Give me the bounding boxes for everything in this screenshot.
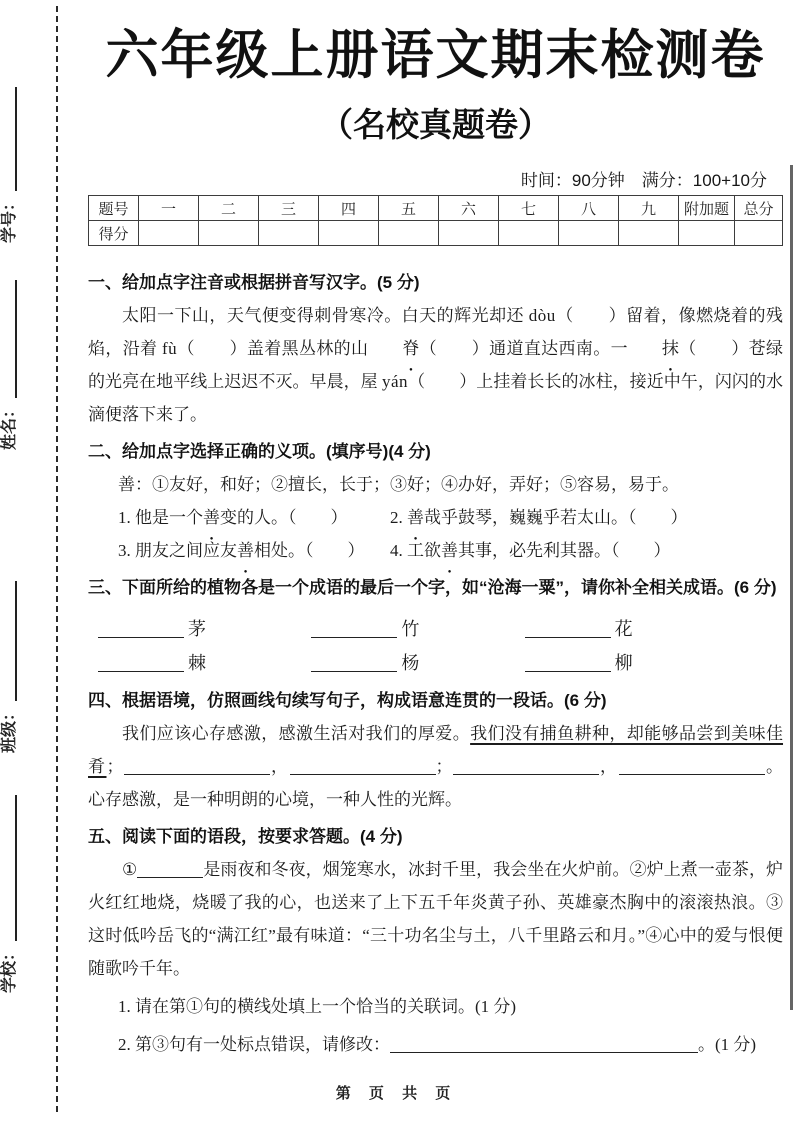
idiom-blank: 茅 — [98, 612, 311, 646]
section-1-heading: 一、给加点字注音或根据拼音写汉字。(5 分) — [88, 271, 783, 295]
score-header-cell: 附加题 — [679, 196, 735, 221]
score-header-cell: 九 — [619, 196, 679, 221]
class-field: 班级： — [0, 581, 20, 753]
score-cell-empty — [379, 221, 439, 246]
idiom-blank: 杨 — [311, 646, 524, 680]
score-header-cell: 四 — [319, 196, 379, 221]
score-cell-empty — [439, 221, 499, 246]
section-4-passage: 我们应该心存感激，感激生活对我们的厚爱。我们没有捕鱼耕种，却能够品尝到美味佳肴；… — [88, 717, 783, 816]
section-5: 五、阅读下面的语段，按要求答题。(4 分) ①是雨夜和冬夜，烟笼寒水，冰封千里，… — [88, 825, 783, 1061]
score-table: 题号 一 二 三 四 五 六 七 八 九 附加题 总分 得分 — [88, 195, 783, 246]
score-cell-empty — [619, 221, 679, 246]
idiom-blank-line — [525, 619, 611, 638]
plant-char: 竹 — [401, 619, 419, 639]
section-1-passage: 太阳一下山，天气便变得刺骨寒冷。白天的辉光却还 dòu（ ）留着，像燃烧着的残焰… — [88, 299, 783, 431]
section-1: 一、给加点字注音或根据拼音写汉字。(5 分) 太阳一下山，天气便变得刺骨寒冷。白… — [88, 271, 783, 431]
school-field: 学校： — [0, 795, 20, 993]
score-header-cell: 七 — [499, 196, 559, 221]
section-5-question-2: 2. 第③句有一处标点错误，请修改：。(1 分) — [118, 1029, 783, 1061]
student-id-blank-line — [15, 87, 17, 191]
idiom-blank-line — [311, 619, 397, 638]
exam-paper-page: 学号： 姓名： 班级： 学校： 六年级上册语文期末检测卷 （名校真题卷） 时间：… — [0, 0, 793, 1122]
idiom-blank: 竹 — [311, 612, 524, 646]
score-header-cell: 三 — [259, 196, 319, 221]
idiom-blank: 柳 — [525, 646, 738, 680]
exam-content: 六年级上册语文期末检测卷 （名校真题卷） 时间：90分钟 满分：100+10分 … — [88, 0, 783, 1061]
student-id-label: 学号： — [0, 195, 20, 243]
section-4-heading: 四、根据语境，仿照画线句续写句子，构成语意连贯的一段话。(6 分) — [88, 689, 783, 713]
idiom-blank-line — [98, 619, 184, 638]
score-cell-empty — [139, 221, 199, 246]
student-id-field: 学号： — [0, 87, 20, 243]
score-header-cell: 八 — [559, 196, 619, 221]
page-subtitle: （名校真题卷） — [88, 106, 783, 144]
score-cell-empty — [559, 221, 619, 246]
section-2-heading: 二、给加点字选择正确的义项。(填序号)(4 分) — [88, 440, 783, 464]
score-row-label: 得分 — [89, 221, 139, 246]
margin-dashed-line — [56, 6, 58, 1112]
score-cell-empty — [319, 221, 379, 246]
score-header-cell: 总分 — [735, 196, 783, 221]
score-cell-empty — [259, 221, 319, 246]
idiom-blank: 棘 — [98, 646, 311, 680]
score-cell-empty — [499, 221, 559, 246]
section-5-question-1: 1. 请在第①句的横线处填上一个恰当的关联词。(1 分) — [118, 991, 783, 1023]
score-header-cell: 五 — [379, 196, 439, 221]
score-table-header-row: 题号 一 二 三 四 五 六 七 八 九 附加题 总分 — [89, 196, 783, 221]
section-3-heading: 三、下面所给的植物各是一个成语的最后一个字，如“沧海一粟”，请你补全相关成语。(… — [88, 576, 783, 600]
section-2-item-1: 1. 他是一个善变的人。（ ） — [118, 501, 390, 534]
score-cell-empty — [199, 221, 259, 246]
section-2: 二、给加点字选择正确的义项。(填序号)(4 分) 善：①友好，和好；②擅长，长于… — [88, 440, 783, 567]
class-label: 班级： — [0, 705, 20, 753]
section-2-gloss: 善：①友好，和好；②擅长，长于；③好；④办好，弄好；⑤容易，易于。 — [118, 468, 783, 501]
class-blank-line — [15, 581, 17, 701]
plant-char: 柳 — [615, 653, 633, 673]
school-blank-line — [15, 795, 17, 941]
score-header-cell: 二 — [199, 196, 259, 221]
plant-char: 棘 — [188, 653, 206, 673]
section-2-item-3: 3. 朋友之间应友善相处。（ ） — [118, 534, 390, 567]
section-2-item-4: 4. 工欲善其事，必先利其器。（ ） — [390, 534, 783, 567]
page-title: 六年级上册语文期末检测卷 — [88, 26, 783, 86]
plant-char: 杨 — [401, 653, 419, 673]
idiom-blank-line — [311, 653, 397, 672]
score-cell-empty — [679, 221, 735, 246]
section-5-heading: 五、阅读下面的语段，按要求答题。(4 分) — [88, 825, 783, 849]
student-name-label: 姓名： — [0, 402, 20, 450]
school-label: 学校： — [0, 945, 20, 993]
exam-time-score-info: 时间：90分钟 满分：100+10分 — [88, 170, 783, 192]
section-4: 四、根据语境，仿照画线句续写句子，构成语意连贯的一段话。(6 分) 我们应该心存… — [88, 689, 783, 816]
idiom-blank-line — [525, 653, 611, 672]
section-5-passage: ①是雨夜和冬夜，烟笼寒水，冰封千里，我会坐在火炉前。②炉上煮一壶茶，炉火红红地烧… — [88, 853, 783, 985]
page-footer: 第 页 共 页 — [0, 1082, 793, 1103]
score-table-score-row: 得分 — [89, 221, 783, 246]
student-name-field: 姓名： — [0, 280, 20, 450]
plant-char: 花 — [615, 619, 633, 639]
idiom-blank-line — [98, 653, 184, 672]
score-header-cell: 题号 — [89, 196, 139, 221]
score-header-cell: 六 — [439, 196, 499, 221]
student-name-blank-line — [15, 280, 17, 398]
section-3-idiom-blanks: 茅 竹 花 棘 杨 柳 — [98, 612, 738, 680]
score-cell-empty — [735, 221, 783, 246]
section-2-items: 1. 他是一个善变的人。（ ） 2. 善哉乎鼓琴，巍巍乎若太山。（ ） 3. 朋… — [118, 501, 783, 567]
section-2-item-2: 2. 善哉乎鼓琴，巍巍乎若太山。（ ） — [390, 501, 783, 534]
idiom-blank: 花 — [525, 612, 738, 646]
score-header-cell: 一 — [139, 196, 199, 221]
plant-char: 茅 — [188, 619, 206, 639]
section-3: 三、下面所给的植物各是一个成语的最后一个字，如“沧海一粟”，请你补全相关成语。(… — [88, 576, 783, 680]
